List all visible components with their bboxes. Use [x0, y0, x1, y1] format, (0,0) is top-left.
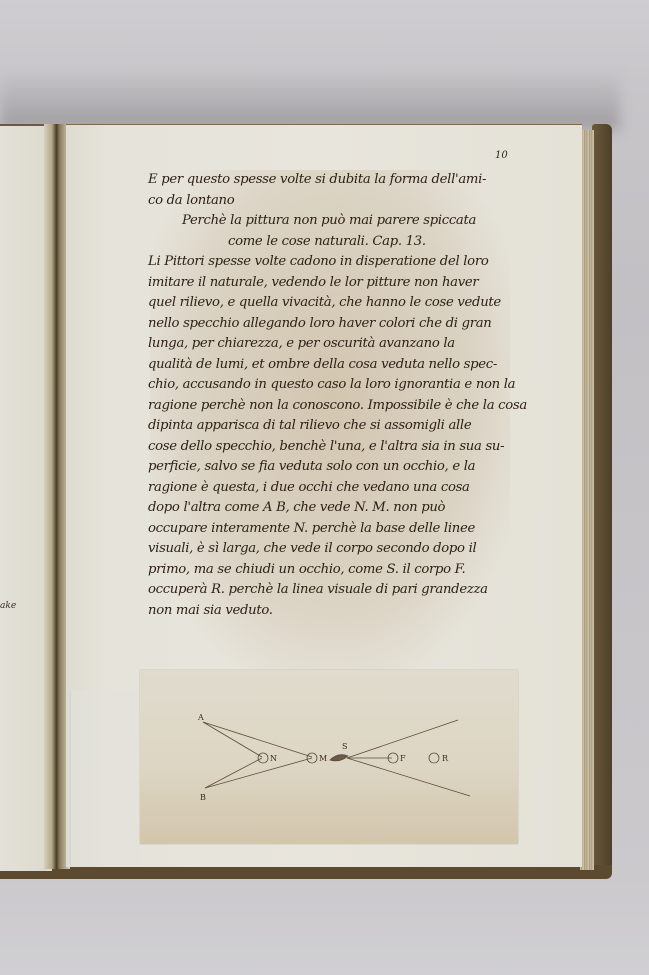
label-n: N — [270, 754, 277, 763]
manuscript-text: E per questo spesse volte si dubita la f… — [148, 170, 508, 621]
background-shadow — [0, 70, 620, 130]
circle-n — [258, 753, 268, 763]
book-cover-right-edge — [592, 124, 612, 876]
manuscript-line: chio, accusando in questo caso la loro i… — [148, 375, 508, 396]
manuscript-line: ragione è questa, i due occhi che vedano… — [148, 478, 508, 499]
manuscript-line: dopo l'altra come A B, che vede N. M. no… — [148, 498, 508, 519]
manuscript-line: nello specchio allegando loro haver colo… — [148, 314, 508, 335]
label-b: B — [200, 793, 206, 802]
page-number: 10 — [495, 150, 508, 161]
label-a: A — [197, 713, 204, 722]
circle-r — [429, 753, 439, 763]
label-r: R — [442, 754, 449, 763]
manuscript-line: non mai sia veduto. — [148, 601, 508, 622]
manuscript-line: come le cose naturali. Cap. 13. — [148, 232, 508, 253]
manuscript-line: E per questo spesse volte si dubita la f… — [148, 170, 508, 191]
manuscript-line: occuperà R. perchè la linea visuale di p… — [148, 580, 508, 601]
manuscript-line: primo, ma se chiudi un occhio, come S. i… — [148, 560, 508, 581]
manuscript-line: Li Pittori spesse volte cadono in disper… — [148, 252, 508, 273]
manuscript-line: occupare interamente N. perchè la base d… — [148, 519, 508, 540]
label-m: M — [319, 754, 327, 763]
manuscript-line: ragione perchè non la conoscono. Impossi… — [148, 396, 508, 417]
book-cover-bottom-edge — [0, 865, 612, 879]
manuscript-line: imitare il naturale, vedendo le lor pitt… — [148, 273, 508, 294]
vision-diagram: A B N M S F R — [140, 670, 518, 844]
manuscript-line: dipinta apparisca di tal rilievo che si … — [148, 416, 508, 437]
manuscript-line: perficie, salvo se fia veduta solo con u… — [148, 457, 508, 478]
page-edges — [580, 130, 594, 870]
manuscript-line: quel rilievo, e quella vivacità, che han… — [148, 293, 508, 314]
label-f: F — [400, 754, 406, 763]
manuscript-line: Perchè la pittura non può mai parere spi… — [148, 211, 508, 232]
manuscript-line: qualità de lumi, et ombre della cosa ved… — [148, 355, 508, 376]
manuscript-line: co da lontano — [148, 191, 508, 212]
diagram-slip: A B N M S F R — [140, 670, 518, 844]
manuscript-line: lunga, per chiarezza, e per oscurità ava… — [148, 334, 508, 355]
left-page-note: ake — [0, 601, 16, 611]
manuscript-line: visuali, è sì larga, che vede il corpo s… — [148, 539, 508, 560]
label-s: S — [342, 742, 347, 751]
manuscript-line: cose dello specchio, benchè l'una, e l'a… — [148, 437, 508, 458]
repair-tape — [70, 690, 141, 865]
